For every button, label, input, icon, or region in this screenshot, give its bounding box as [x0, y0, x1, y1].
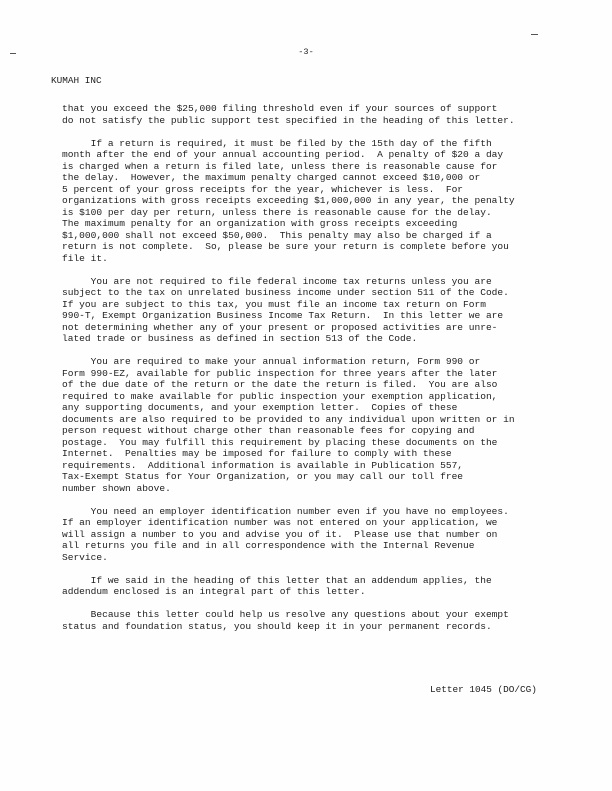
text-line: organizations with gross receipts exceed… [62, 195, 582, 207]
text-line: Form 990-EZ, available for public inspec… [62, 368, 582, 380]
paragraph: If a return is required, it must be file… [62, 138, 582, 265]
text-line: file it. [62, 253, 582, 265]
text-line: month after the end of your annual accou… [62, 149, 582, 161]
text-line: will assign a number to you and advise y… [62, 529, 582, 541]
text-line: all returns you file and in all correspo… [62, 540, 582, 552]
paragraph: Because this letter could help us resolv… [62, 609, 582, 632]
text-line: addendum enclosed is an integral part of… [62, 586, 582, 598]
letter-identifier: Letter 1045 (DO/CG) [430, 684, 537, 695]
text-line: Service. [62, 552, 582, 564]
text-line: number shown above. [62, 483, 582, 495]
text-line: subject to the tax on unrelated business… [62, 287, 582, 299]
paragraph: that you exceed the $25,000 filing thres… [62, 103, 582, 126]
text-line: You are required to make your annual inf… [62, 356, 582, 368]
paragraph: You need an employer identification numb… [62, 506, 582, 564]
text-line: lated trade or business as defined in se… [62, 333, 582, 345]
text-line: 990-T, Exempt Organization Business Inco… [62, 310, 582, 322]
text-line: is $100 per day per return, unless there… [62, 207, 582, 219]
paragraph: You are not required to file federal inc… [62, 276, 582, 345]
text-line: required to make available for public in… [62, 391, 582, 403]
page-number: -3- [0, 47, 612, 57]
document-page: -3- KUMAH INC that you exceed the $25,00… [0, 0, 612, 791]
text-line: that you exceed the $25,000 filing thres… [62, 103, 582, 115]
text-line: If a return is required, it must be file… [62, 138, 582, 150]
text-line: postage. You may fulfill this requiremen… [62, 437, 582, 449]
text-line: requirements. Additional information is … [62, 460, 582, 472]
paragraph: If we said in the heading of this letter… [62, 575, 582, 598]
text-line: the delay. However, the maximum penalty … [62, 172, 582, 184]
text-line: Internet. Penalties may be imposed for f… [62, 448, 582, 460]
text-line: The maximum penalty for an organization … [62, 218, 582, 230]
text-line: 5 percent of your gross receipts for the… [62, 184, 582, 196]
text-line: do not satisfy the public support test s… [62, 115, 582, 127]
text-line: If an employer identification number was… [62, 517, 582, 529]
text-line: documents are also required to be provid… [62, 414, 582, 426]
text-line: $1,000,000 shall not exceed $50,000. Thi… [62, 230, 582, 242]
text-line: return is not complete. So, please be su… [62, 241, 582, 253]
text-line: Because this letter could help us resolv… [62, 609, 582, 621]
text-line: is charged when a return is filed late, … [62, 161, 582, 173]
text-line: status and foundation status, you should… [62, 621, 582, 633]
text-line: Tax-Exempt Status for Your Organization,… [62, 471, 582, 483]
text-line: not determining whether any of your pres… [62, 322, 582, 334]
text-line: If we said in the heading of this letter… [62, 575, 582, 587]
text-line: You need an employer identification numb… [62, 506, 582, 518]
text-line: You are not required to file federal inc… [62, 276, 582, 288]
paragraph: You are required to make your annual inf… [62, 356, 582, 494]
scan-mark [531, 34, 538, 35]
text-line: any supporting documents, and your exemp… [62, 402, 582, 414]
letter-body: that you exceed the $25,000 filing thres… [62, 103, 582, 644]
text-line: of the due date of the return or the dat… [62, 379, 582, 391]
text-line: If you are subject to this tax, you must… [62, 299, 582, 311]
addressee-name: KUMAH INC [51, 75, 102, 86]
text-line: person request without charge other than… [62, 425, 582, 437]
